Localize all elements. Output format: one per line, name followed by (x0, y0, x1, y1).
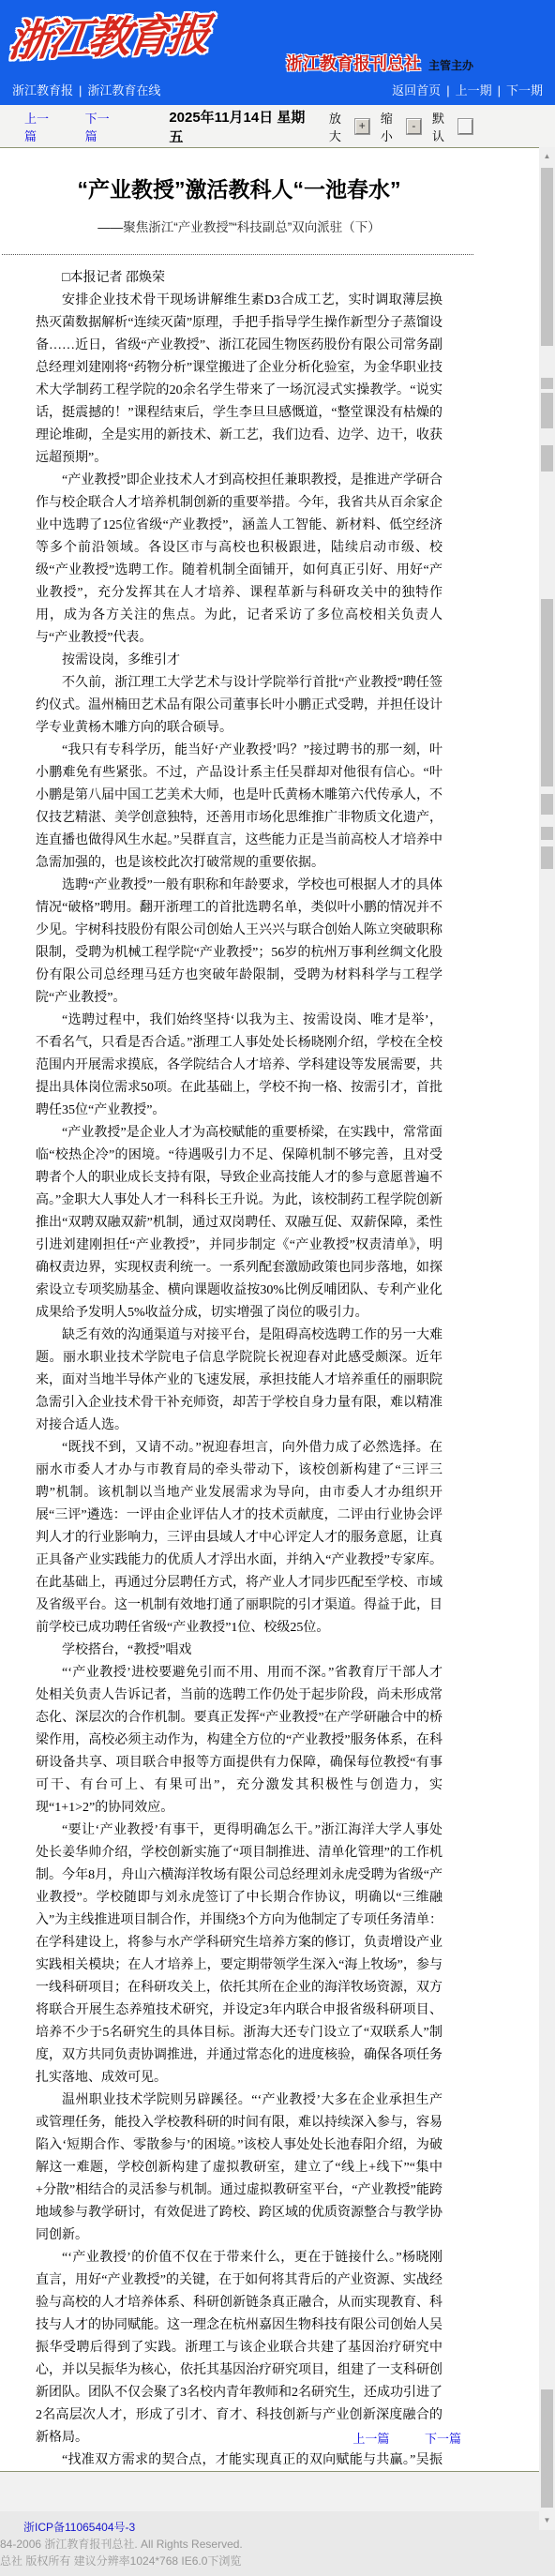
nav-link-home[interactable]: 返回首页 (392, 83, 441, 97)
separator: | (79, 83, 82, 97)
article-paragraph: “要让‘产业教授’有事干，更得明确怎么干。”浙江海洋大学人事处处长姜华帅介绍，学… (36, 1820, 442, 2089)
separator: | (446, 83, 449, 97)
article-paragraph: 安排企业技术骨干现场讲解维生素D3合成工艺，实时调取薄层换热灭菌数据解析“连续灭… (36, 290, 442, 470)
article-paragraph: 不久前，浙江理工大学艺术与设计学院举行首批“产业教授”聘任签约仪式。温州楠田艺术… (36, 672, 442, 740)
article-paragraph: “我只有专科学历，能当好‘产业教授’吗？”接过聘书的那一刻，叶小鹏难免有些紧张。… (36, 740, 442, 875)
vertical-scrollbar[interactable]: ▲ ▼ (539, 147, 555, 2530)
scroll-down-arrow-icon[interactable]: ▼ (539, 2513, 555, 2528)
nav-link-zhejiang-education-online[interactable]: 浙江教育在线 (87, 83, 160, 97)
zoom-out-label: 缩小 (381, 109, 404, 144)
font-size-controls: 放大+ 缩小- 默认 (318, 109, 472, 144)
issue-date: 2025年11月14日 星期 五 (169, 107, 318, 146)
article-paragraph: “既找不到，又请不动。”祝迎春坦言，向外借力成了必然选择。在丽水市委人才办与市教… (36, 1437, 442, 1640)
scrollbar-thumb[interactable] (541, 378, 553, 389)
footer-spacer-band (0, 2472, 555, 2511)
default-size-label: 默认 (432, 109, 456, 144)
default-size-button[interactable] (458, 119, 472, 134)
scrollbar-thumb[interactable] (541, 2389, 553, 2508)
article-title: “产业教授”激活教科人“一池春水” (0, 172, 478, 203)
scrollbar-thumb[interactable] (541, 846, 553, 869)
article-paragraph: “找准双方需求的契合点，才能实现真正的双向赋能与共赢。”吴振华表示。目前，他正联… (36, 2449, 442, 2472)
article-body: □本报记者 邵焕荣安排企业技术骨干现场讲解维生素D3合成工艺，实时调取薄层换热灭… (36, 267, 442, 2472)
article-paragraph: “‘产业教授’的价值不仅在于带来什么，更在于链接什么。”杨晓刚直言，用好“产业教… (36, 2247, 442, 2449)
nav-link-zhejiang-education-news[interactable]: 浙江教育报 (12, 83, 73, 97)
zoom-in-button[interactable]: + (355, 119, 369, 134)
newspaper-logo: 浙江教育报 (6, 0, 210, 68)
toolbar: 上一篇 下一篇 2025年11月14日 星期 五 放大+ 缩小- 默认 (0, 105, 555, 147)
nav-link-next-issue[interactable]: 下一期 (506, 83, 543, 97)
article-paragraph: “选聘过程中，我们始终坚持‘以我为主、按需设岗、唯才是举’，不看名气，只看是否合… (36, 1010, 442, 1122)
scroll-up-arrow-icon[interactable]: ▲ (539, 149, 555, 164)
article-paragraph: “‘产业教授’进校要避免引而不用、用而不深。”省教育厅干部人才处相关负责人告诉记… (36, 1662, 442, 1820)
zoom-out-button[interactable]: - (407, 119, 421, 134)
separator: | (498, 83, 501, 97)
dotted-divider (2, 254, 473, 255)
article-paragraph: 缺乏有效的沟通渠道与对接平台，是阻碍高校选聘工作的另一大难题。丽水职业技术学院电… (36, 1325, 442, 1437)
article-paragraph: 选聘“产业教授”一般有职称和年龄要求，学校也可根据人才的具体情况“破格”聘用。翻… (36, 875, 442, 1010)
scrollbar-thumb[interactable] (541, 445, 553, 472)
prev-article-link[interactable]: 上一篇 (24, 109, 60, 144)
footer: 浙ICP备11065404号-3 84-2006 浙江教育报刊总社. All R… (0, 2511, 555, 2576)
page: 浙江教育报 浙江教育报刊总社主管主办 浙江教育报|浙江教育在线 返回首页|上一期… (0, 0, 555, 2576)
next-article-link[interactable]: 下一篇 (85, 109, 121, 144)
article-bottom-nav: 上一篇 下一篇 (321, 2429, 461, 2447)
nav-link-prev-issue[interactable]: 上一期 (456, 83, 492, 97)
scrollbar-thumb[interactable] (541, 794, 553, 815)
footer-notice-line: 总社 版权所有 建议分辨率1024*768 IE6.0下浏览 (0, 2554, 555, 2569)
masthead-nav: 浙江教育报|浙江教育在线 返回首页|上一期|下一期 (0, 81, 555, 98)
scrollbar-thumb[interactable] (541, 168, 553, 346)
copyright-line: 84-2006 浙江教育报刊总社. All Rights Reserved. (0, 2538, 555, 2552)
article-content-area: “产业教授”激活教科人“一池春水” ——聚焦浙江“产业教授”“科技副总”双向派驻… (0, 147, 555, 2472)
masthead-nav-right: 返回首页|上一期|下一期 (392, 81, 543, 98)
article-column: “产业教授”激活教科人“一池春水” ——聚焦浙江“产业教授”“科技副总”双向派驻… (0, 172, 478, 2472)
scrollbar-thumb[interactable] (541, 599, 553, 786)
icp-license-link[interactable]: 浙ICP备11065404号-3 (23, 2519, 135, 2535)
scrollbar-thumb[interactable] (541, 393, 553, 428)
section-heading: 按需设岗，多维引才 (36, 650, 442, 672)
next-article-link-bottom[interactable]: 下一篇 (425, 2432, 461, 2446)
masthead-nav-left: 浙江教育报|浙江教育在线 (12, 81, 160, 98)
scrollbar-thumb[interactable] (541, 827, 553, 840)
prev-article-link-bottom[interactable]: 上一篇 (352, 2432, 389, 2446)
masthead: 浙江教育报 浙江教育报刊总社主管主办 浙江教育报|浙江教育在线 返回首页|上一期… (0, 0, 555, 105)
article-paragraph: “产业教授”即企业技术人才到高校担任兼职教授，是推进产学研合作与校企联合人才培养… (36, 470, 442, 650)
article-subtitle: ——聚焦浙江“产业教授”“科技副总”双向派驻（下） (0, 217, 478, 235)
agency-line: 浙江教育报刊总社主管主办 (286, 51, 473, 75)
section-heading: 学校搭台，“教授”唱戏 (36, 1640, 442, 1662)
article-byline: □本报记者 邵焕荣 (36, 267, 442, 290)
agency-name: 浙江教育报刊总社 (286, 54, 421, 73)
article-paragraph: “产业教授”是企业人才为高校赋能的重要桥梁，在实践中，常常面临“校热企冷”的困境… (36, 1122, 442, 1325)
agency-role-label: 主管主办 (428, 59, 473, 72)
article-paragraph: 温州职业技术学院则另辟蹊径。“‘产业教授’大多在企业承担生产或管理任务，能投入学… (36, 2089, 442, 2247)
zoom-in-label: 放大 (329, 109, 352, 144)
